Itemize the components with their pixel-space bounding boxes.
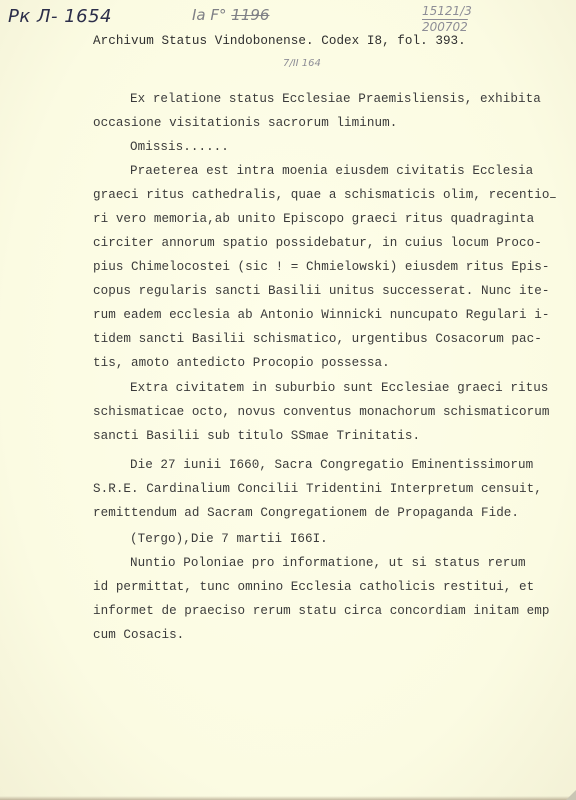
folio-prefix: Ia F° [192, 6, 231, 24]
margin-hyphen-mark: – [549, 190, 557, 205]
text-line: Die 27 iunii I660, Sacra Congregatio Emi… [130, 458, 533, 472]
text-line: S.R.E. Cardinalium Concilii Tridentini I… [93, 482, 542, 496]
text-line: tis, amoto antedicto Procopio possessa. [93, 356, 390, 370]
folio-struck-number: 1196 [231, 6, 269, 24]
text-line: tidem sancti Basilii schismatico, urgent… [93, 332, 542, 346]
text-line: (Tergo),Die 7 martii I66I. [130, 532, 328, 546]
text-line: Omissis...... [130, 140, 229, 154]
text-line: graeci ritus cathedralis, quae a schisma… [93, 188, 549, 202]
text-line: informet de praeciso rerum statu circa c… [93, 604, 549, 618]
page-bottom-edge [0, 796, 576, 800]
text-line: rum eadem ecclesia ab Antonio Winnicki n… [93, 308, 549, 322]
page-corner-fold [566, 790, 576, 800]
text-line: Nuntio Poloniae pro informatione, ut si … [130, 556, 526, 570]
text-line: Ex relatione status Ecclesiae Praemislie… [130, 92, 541, 106]
archive-citation-header: Archivum Status Vindobonense. Codex I8, … [93, 34, 466, 48]
text-line: Praeterea est intra moenia eiusdem civit… [130, 164, 533, 178]
handwritten-reference-number: Рк Л- 1654 [8, 6, 112, 27]
document-page: Рк Л- 1654 Ia F° 1196 15121/3 200702 7/I… [0, 0, 576, 800]
text-line: occasione visitationis sacrorum liminum. [93, 116, 397, 130]
pencil-number-top: 15121/3 [422, 4, 472, 18]
pencil-small-note: 7/II 164 [283, 58, 321, 69]
pencil-folio-note: Ia F° 1196 [192, 6, 269, 24]
text-line: Extra civitatem in suburbio sunt Ecclesi… [130, 381, 548, 395]
text-line: sancti Basilii sub titulo SSmae Trinitat… [93, 429, 420, 443]
text-line: cum Cosacis. [93, 628, 184, 642]
text-line: schismaticae octo, novus conventus monac… [93, 405, 549, 419]
text-line: pius Chimelocostei (sic ! = Chmielowski)… [93, 260, 549, 274]
text-line: copus regularis sancti Basilii unitus su… [93, 284, 549, 298]
text-line: id permittat, tunc omnino Ecclesia catho… [93, 580, 534, 594]
text-line: circiter annorum spatio possidebatur, in… [93, 236, 542, 250]
text-line: ri vero memoria,ab unito Episcopo graeci… [93, 212, 534, 226]
pencil-number-bottom: 200702 [422, 20, 468, 34]
text-line: remittendum ad Sacram Congregationem de … [93, 506, 519, 520]
